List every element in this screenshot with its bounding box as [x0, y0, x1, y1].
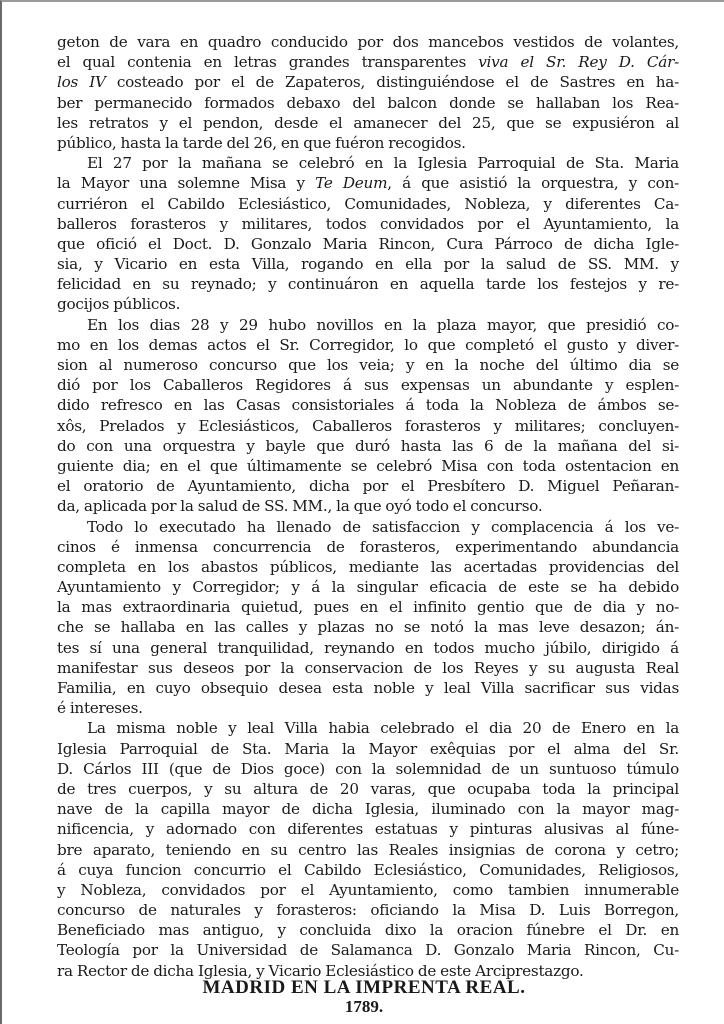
text-line: la Mayor una solemne Misa y Te Deum, á q…: [57, 173, 679, 193]
body-text: geton de vara en quadro conducido por do…: [57, 32, 679, 981]
text-line: Ayuntamiento y Corregidor; y á la singul…: [57, 577, 679, 597]
text-line: che se hallaba en las calles y plazas no…: [57, 617, 679, 637]
text-line: dió por los Caballeros Regidores á sus e…: [57, 375, 679, 395]
text-line: Beneficiado mas antiguo, y concluida dix…: [57, 920, 679, 940]
text-line: público, hasta la tarde del 26, en que f…: [57, 133, 679, 153]
text-line: La misma noble y leal Villa habia celebr…: [57, 718, 679, 738]
paragraph: El 27 por la mañana se celebró en la Igl…: [57, 153, 679, 315]
text-line: tes sí una general tranquilidad, reynand…: [57, 638, 679, 658]
paragraph: En los dias 28 y 29 hubo novillos en la …: [57, 315, 679, 517]
text-line: Iglesia Parroquial de Sta. Maria la Mayo…: [57, 739, 679, 759]
text-line: concurso de naturales y forasteros: ofic…: [57, 900, 679, 920]
italic-text: Te Deum: [315, 174, 387, 192]
text-line: geton de vara en quadro conducido por do…: [57, 32, 679, 52]
text-line: balleros forasteros y militares, todos c…: [57, 214, 679, 234]
text-line: los IV costeado por el de Zapateros, dis…: [57, 72, 679, 92]
text-line: Todo lo executado ha llenado de satisfac…: [57, 517, 679, 537]
text-line: ber permanecido formados debaxo del balc…: [57, 93, 679, 113]
imprint-line: MADRID EN LA IMPRENTA REAL.: [2, 977, 724, 999]
text-line: curriéron el Cabildo Eclesiástico, Comun…: [57, 194, 679, 214]
text-line: cinos é inmensa concurrencia de foraster…: [57, 537, 679, 557]
text-line: nificencia, y adornado con diferentes es…: [57, 819, 679, 839]
text-line: felicidad en su reynado; y continuáron e…: [57, 274, 679, 294]
text-line: dido refresco en las Casas consistoriale…: [57, 395, 679, 415]
paragraph: Todo lo executado ha llenado de satisfac…: [57, 517, 679, 719]
text-line: el qual contenia en letras grandes trans…: [57, 52, 679, 72]
text-line: manifestar sus deseos por la conservacio…: [57, 658, 679, 678]
text-line: bre aparato, teniendo en su centro las R…: [57, 840, 679, 860]
text-line: les retratos y el pendon, desde el amane…: [57, 113, 679, 133]
text-line: nave de la capilla mayor de dicha Iglesi…: [57, 799, 679, 819]
text-line: xôs, Prelados y Eclesiásticos, Caballero…: [57, 416, 679, 436]
text-line: sia, y Vicario en esta Villa, rogando en…: [57, 254, 679, 274]
paragraph: La misma noble y leal Villa habia celebr…: [57, 718, 679, 980]
paragraph: geton de vara en quadro conducido por do…: [57, 32, 679, 153]
text-line: de tres cuerpos, y su altura de 20 varas…: [57, 779, 679, 799]
text-line: do con una orquestra y bayle que duró ha…: [57, 436, 679, 456]
text-line: completa en los abastos públicos, median…: [57, 557, 679, 577]
italic-text: los IV: [57, 73, 106, 91]
text-line: é intereses.: [57, 698, 679, 718]
text-line: la mas extraordinaria quietud, pues en e…: [57, 597, 679, 617]
text-line: que ofició el Doct. D. Gonzalo Maria Rin…: [57, 234, 679, 254]
text-line: á cuya funcion concurrio el Cabildo Ecle…: [57, 860, 679, 880]
text-line: y Nobleza, convidados por el Ayuntamient…: [57, 880, 679, 900]
text-line: mo en los demas actos el Sr. Corregidor,…: [57, 335, 679, 355]
text-line: da, aplicada por la salud de SS. MM., la…: [57, 496, 679, 516]
text-line: sion al numeroso concurso que los veia; …: [57, 355, 679, 375]
text-line: el oratorio de Ayuntamiento, dicha por e…: [57, 476, 679, 496]
italic-text: viva el Sr. Rey D. Cár-: [478, 53, 679, 71]
document-page: geton de vara en quadro conducido por do…: [0, 0, 724, 1024]
text-line: gocijos públicos.: [57, 294, 679, 314]
text-line: guiente dia; en el que últimamente se ce…: [57, 456, 679, 476]
text-line: D. Cárlos III (que de Dios goce) con la …: [57, 759, 679, 779]
text-line: El 27 por la mañana se celebró en la Igl…: [57, 153, 679, 173]
text-line: Familia, en cuyo obsequio desea esta nob…: [57, 678, 679, 698]
publication-year: 1789.: [2, 997, 724, 1017]
text-line: Teología por la Universidad de Salamanca…: [57, 940, 679, 960]
text-line: En los dias 28 y 29 hubo novillos en la …: [57, 315, 679, 335]
